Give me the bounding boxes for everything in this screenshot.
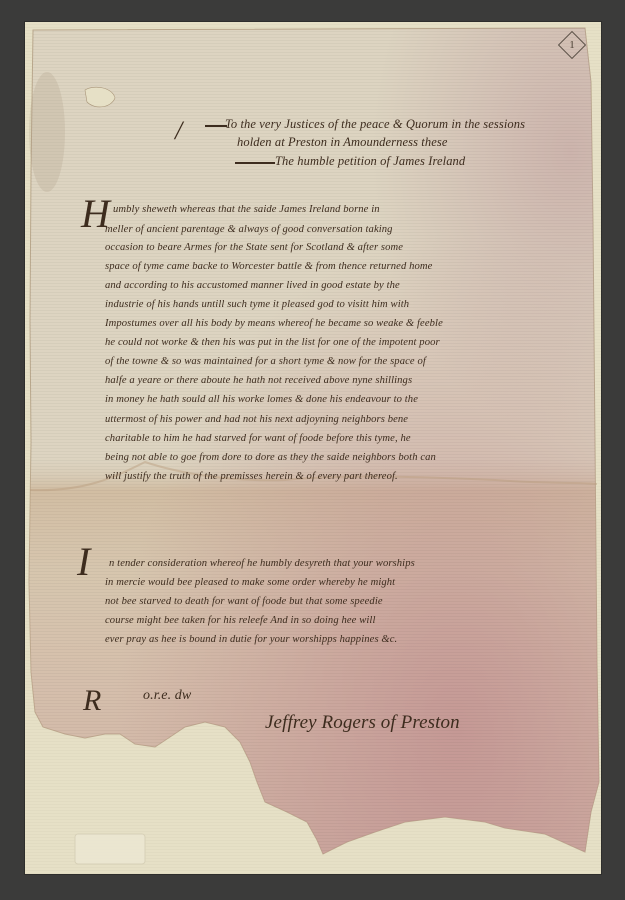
body-line: charitable to him he had starved for wan…: [105, 433, 411, 444]
body-line: halfe a yeare or there aboute he hath no…: [105, 375, 412, 386]
petition-title: The humble petition of James Ireland: [275, 154, 465, 169]
body-line: being not able to goe from dore to dore …: [105, 452, 436, 463]
body-line: space of tyme came backe to Worcester ba…: [105, 261, 432, 272]
body-line: meller of ancient parentage & always of …: [105, 224, 393, 235]
address-bracket-mark: /: [175, 116, 182, 146]
body-line: occasion to beare Armes for the State se…: [105, 242, 403, 253]
body-line: will justify the truth of the premisses …: [105, 471, 398, 482]
body-line: in money he hath sould all his worke lom…: [105, 394, 418, 405]
body-line: Impostumes over all his body by means wh…: [105, 318, 443, 329]
body-line: uttermost of his power and had not his n…: [105, 414, 408, 425]
body-line: umbly sheweth whereas that the saide Jam…: [113, 204, 380, 215]
address-rule: [205, 125, 227, 127]
prayer-line: n tender consideration whereof he humbly…: [109, 558, 415, 569]
body-line: of the towne & so was maintained for a s…: [105, 356, 426, 367]
prayer-line: course might bee taken for his releefe A…: [105, 615, 376, 626]
body-line: he could not worke & then his was put in…: [105, 337, 440, 348]
endorsement-note: o.r.e. dw: [143, 688, 191, 704]
prayer-line: in mercie would bee pleased to make some…: [105, 577, 395, 588]
body-line: and according to his accustomed manner l…: [105, 280, 400, 291]
prayer-initial: I: [77, 542, 90, 582]
prayer-line: ever pray as hee is bound in dutie for y…: [105, 634, 397, 645]
body-line: industrie of his hands untill such tyme …: [105, 299, 409, 310]
prayer-line: not bee starved to death for want of foo…: [105, 596, 383, 607]
address-line-2: holden at Preston in Amounderness these: [237, 135, 447, 150]
signature: Jeffrey Rogers of Preston: [265, 712, 460, 734]
address-line-1: To the very Justices of the peace & Quor…: [225, 117, 525, 132]
folio-number: 1: [563, 36, 581, 54]
archival-mount: 1 / To the very Justices of the peace & …: [25, 22, 601, 874]
marginal-mark: R: [83, 684, 101, 718]
title-rule: [235, 162, 275, 164]
